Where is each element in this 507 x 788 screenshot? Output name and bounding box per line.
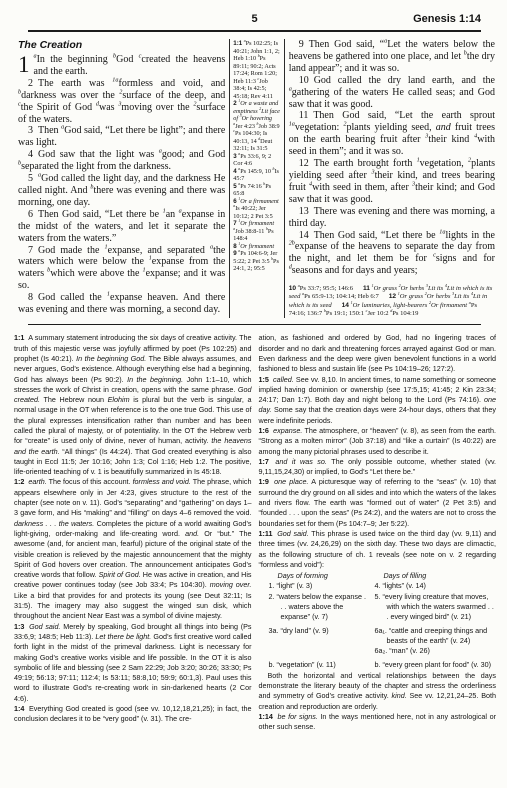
verse-number: 3: [28, 125, 33, 136]
commentary-note: Both the horizontal and vertical relatio…: [259, 671, 497, 712]
page-header: 5 Genesis 1:14: [28, 13, 481, 28]
verse-12: 12 The earth brought forth 1vegetation, …: [289, 158, 495, 206]
commentary-note: 1:2 earth. The focus of this account. fo…: [14, 477, 252, 621]
verse-number: 13: [299, 206, 309, 217]
commentary-column-left: 1:1 A summary statement introducing the …: [14, 333, 252, 732]
cross-reference-entry: 2 1Or a waste and emptiness 2Lit face of…: [233, 100, 280, 153]
cross-reference-entry: 3 aPs 33:6, 9; 2 Cor 4:6: [233, 153, 280, 168]
verse-9: 9 Then God said, “aLet the waters below …: [289, 39, 495, 75]
commentary-note: 1:9 one place. A picturesque way of refe…: [259, 477, 497, 528]
verse-13: 13 There was evening and there was morni…: [289, 206, 495, 230]
table-header: Days of filling: [366, 571, 496, 581]
verse-number: 10: [299, 75, 309, 86]
commentary-note: ation, as fashioned and ordered by God, …: [259, 333, 497, 374]
verse-number: 7: [28, 245, 33, 256]
verse-number: 4: [28, 149, 33, 160]
table-row: 1. “light” (v. 3)4. “lights” (v. 14): [261, 581, 497, 591]
left-verse-column: The Creation 1aIn the beginning bGod ccr…: [18, 39, 225, 318]
commentary-note: 1:3 God said. Merely by speaking, God br…: [14, 622, 252, 704]
commentary-note: 1:5 called. See vv. 8,10. In ancient tim…: [259, 375, 497, 426]
verse-number: 2: [28, 78, 33, 89]
verse-number: 12: [299, 158, 309, 169]
cross-reference-entry: 6 1Or a firmament aIs 40:22; Jer 10:12; …: [233, 198, 280, 221]
commentary-column-right: ation, as fashioned and ordered by God, …: [259, 333, 497, 732]
header-reference: Genesis 1:14: [413, 13, 481, 25]
cross-reference-entry: 9 aPs 104:6-9; Jer 5:22; 2 Pet 3:5 bPs 2…: [233, 250, 280, 273]
scripture-section: The Creation 1aIn the beginning bGod ccr…: [18, 39, 495, 318]
verse-1: 1aIn the beginning bGod ccreated the hea…: [18, 54, 225, 78]
right-verse-body: 9 Then God said, “aLet the waters below …: [289, 39, 495, 277]
verse-2: 2 The earth was 1aformless and void, and…: [18, 78, 225, 126]
header-rule: [28, 30, 481, 32]
cross-reference-entry: 1:1 aPs 102:25; Is 40:21; John 1:1, 2; H…: [233, 40, 280, 100]
verse-5: 5 aGod called the light day, and the dar…: [18, 173, 225, 209]
verse-11: 11 Then God said, “Let the earth sprout …: [289, 110, 495, 158]
commentary-section: 1:1 A summary statement introducing the …: [14, 333, 496, 732]
verse-number: 9: [299, 39, 304, 50]
cross-reference-entry: 4 aPs 145:9, 10 bIs 45:7: [233, 168, 280, 183]
table-row: 6a₂. “man” (v. 26): [261, 646, 497, 656]
table-row: b. “vegetation” (v. 11)b. “every green p…: [261, 660, 497, 670]
verse-number: 6: [28, 209, 33, 220]
verse-10: 10 God called the dry land earth, and th…: [289, 75, 495, 111]
verse-7: 7 God made the 1expanse, and separated a…: [18, 245, 225, 293]
verse-4: 4 God saw that the light was agood; and …: [18, 149, 225, 173]
verse-number: 14: [299, 230, 309, 241]
verse-number: 11: [299, 110, 309, 121]
table-row: 3a. “dry land” (v. 9)6a₁. “cattle and cr…: [261, 626, 497, 647]
cross-reference-column: 1:1 aPs 102:25; Is 40:21; John 1:1, 2; H…: [229, 39, 284, 318]
commentary-note: 1:1 A summary statement introducing the …: [14, 333, 252, 477]
days-forming-filling-table: Days of formingDays of filling1. “light”…: [261, 571, 497, 670]
verse-number: 5: [28, 173, 33, 184]
verse-number: 8: [28, 292, 33, 303]
bible-page: 5 Genesis 1:14 The Creation 1aIn the beg…: [0, 0, 507, 788]
verse-8: 8 God called the 1expanse heaven. And th…: [18, 292, 225, 316]
table-row: 2. “waters below the expanse . . . water…: [261, 592, 497, 623]
commentary-note: 1:4 Everything God created is good (see …: [14, 704, 252, 725]
page-number: 5: [251, 13, 257, 25]
section-divider-rule: [28, 324, 481, 325]
chapter-number: 1: [18, 55, 30, 75]
section-heading: The Creation: [18, 39, 225, 51]
table-header: Days of forming: [261, 571, 367, 581]
cross-reference-entry: 8 1Or firmament: [233, 243, 280, 251]
cross-reference-entry: 7 1Or firmament aJob 38:8-11 bPs 148:4: [233, 220, 280, 243]
verse-3: 3 Then aGod said, “Let there be light”; …: [18, 125, 225, 149]
commentary-note: 1:6 expanse. The atmosphere, or “heaven”…: [259, 426, 497, 457]
right-verse-column: 9 Then God said, “aLet the waters below …: [289, 39, 495, 318]
verse-14: 14 Then God said, “Let there be 1alights…: [289, 230, 495, 278]
commentary-note: 1:7 and it was so. The only possible out…: [259, 457, 497, 478]
commentary-note: 1:11 God said. This phrase is used twice…: [259, 529, 497, 570]
commentary-note: 1:14 be for signs. In the ways mentioned…: [259, 712, 497, 733]
cross-reference-entry: 5 aPs 74:16 bPs 65:8: [233, 183, 280, 198]
verse-6: 6 Then God said, “Let there be 1an aexpa…: [18, 209, 225, 245]
verse-footnotes: 10 aPs 33:7; 95:5; 146:6 11 1Or grass 2O…: [289, 285, 495, 318]
